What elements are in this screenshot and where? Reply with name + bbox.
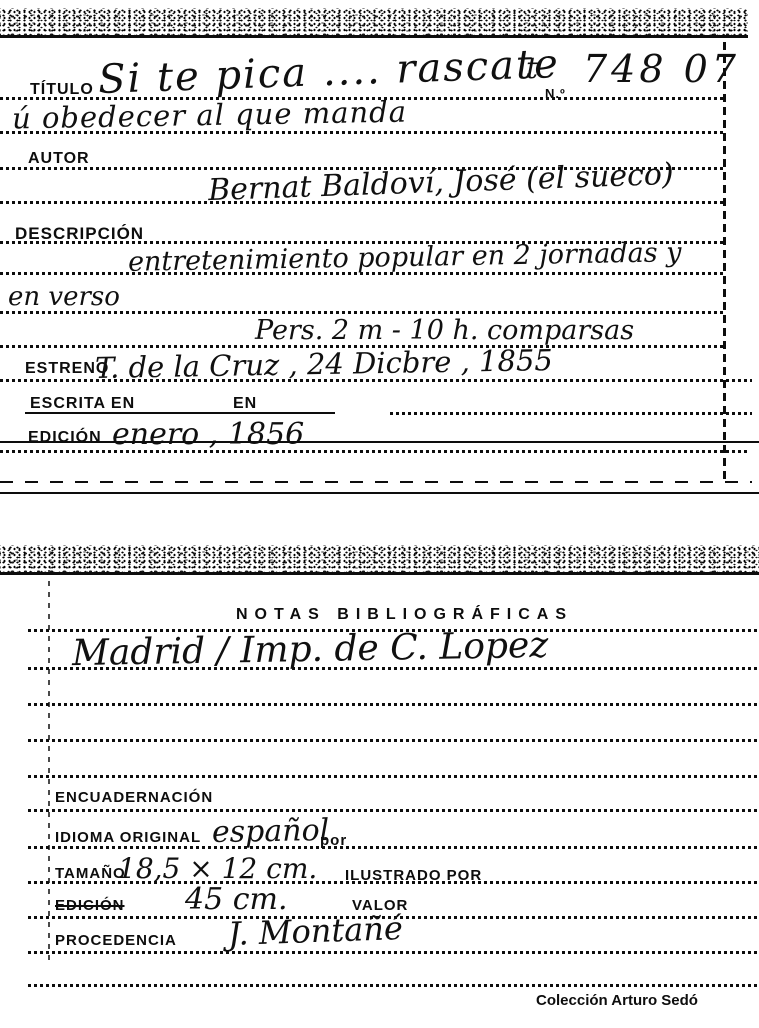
card1-bottom-dash-line <box>0 481 752 483</box>
scan-noise-band-middle <box>0 545 759 575</box>
autor-rule-2 <box>0 201 724 204</box>
idioma-handwritten-value: español <box>212 816 330 848</box>
escrita-en-rule-right <box>390 412 752 415</box>
procedencia-handwritten-value: J. Montañé <box>227 912 403 950</box>
encuadernacion-label: ENCUADERNACIÓN <box>55 789 213 806</box>
estreno-handwritten-value: T. de la Cruz , 24 Dicbre , 1855 <box>95 346 553 383</box>
card2-bottom-rule <box>28 984 759 987</box>
edicion2-label: EDICIÓN <box>55 897 125 914</box>
edicion-strike-line <box>0 441 759 443</box>
tamano-rule <box>28 881 759 884</box>
collection-footer: Colección Arturo Sedó <box>536 992 698 1009</box>
idioma-rule <box>28 846 759 849</box>
titulo-handwritten-line2: ú obedecer al que manda <box>12 98 407 134</box>
autor-label: AUTOR <box>28 150 90 168</box>
card2-rule-5 <box>28 775 759 778</box>
card1-bottom-solid-line <box>0 492 759 494</box>
encuadernacion-rule <box>28 809 759 812</box>
procedencia-rule <box>28 951 759 954</box>
estreno-rule <box>0 379 752 382</box>
edicion-handwritten-value: enero , 1856 <box>112 420 304 450</box>
escrita-en-label: ESCRITA EN <box>30 395 135 413</box>
card2-rule-3 <box>28 703 759 706</box>
card2-rule-2 <box>28 667 759 670</box>
escrita-en-underline <box>25 412 335 414</box>
titulo-handwritten-line1: Si te pica .... rascate <box>97 44 560 100</box>
notas-bibliograficas-heading: NOTAS BIBLIOGRÁFICAS <box>236 606 573 624</box>
scanned-catalog-card-page: TÍTULO Si te pica .... rascate t N.º 748… <box>0 0 759 1028</box>
edicion2-handwritten-value: 45 cm. <box>185 885 288 915</box>
card-number-value: 748 07 <box>583 50 740 88</box>
descripcion-rule-2 <box>0 272 724 275</box>
edicion-label: EDICIÓN <box>28 429 102 447</box>
edicion-rule <box>0 450 748 453</box>
tamano-handwritten-value: 18,5 × 12 cm. <box>118 855 317 883</box>
idioma-original-label: IDIOMA ORIGINAL <box>55 829 201 846</box>
notas-handwritten-value: Madrid / Imp. de C. Lopez <box>72 628 549 672</box>
titulo-rule-2 <box>0 131 724 134</box>
procedencia-label: PROCEDENCIA <box>55 932 177 949</box>
descripcion-handwritten-line2: en verso <box>8 284 120 310</box>
tamano-label: TAMAÑO <box>55 865 126 882</box>
card1-right-edge <box>723 42 726 482</box>
card2-rule-4 <box>28 739 759 742</box>
card-number-prefix: t <box>526 54 538 84</box>
descripcion-handwritten-line1: entretenimiento popular en 2 jornadas y <box>128 239 682 276</box>
en-label: EN <box>233 395 257 413</box>
descripcion-handwritten-line3: Pers. 2 m - 10 h. comparsas <box>255 317 634 344</box>
scan-noise-band-top <box>0 8 748 38</box>
descripcion-rule-3 <box>0 311 724 314</box>
